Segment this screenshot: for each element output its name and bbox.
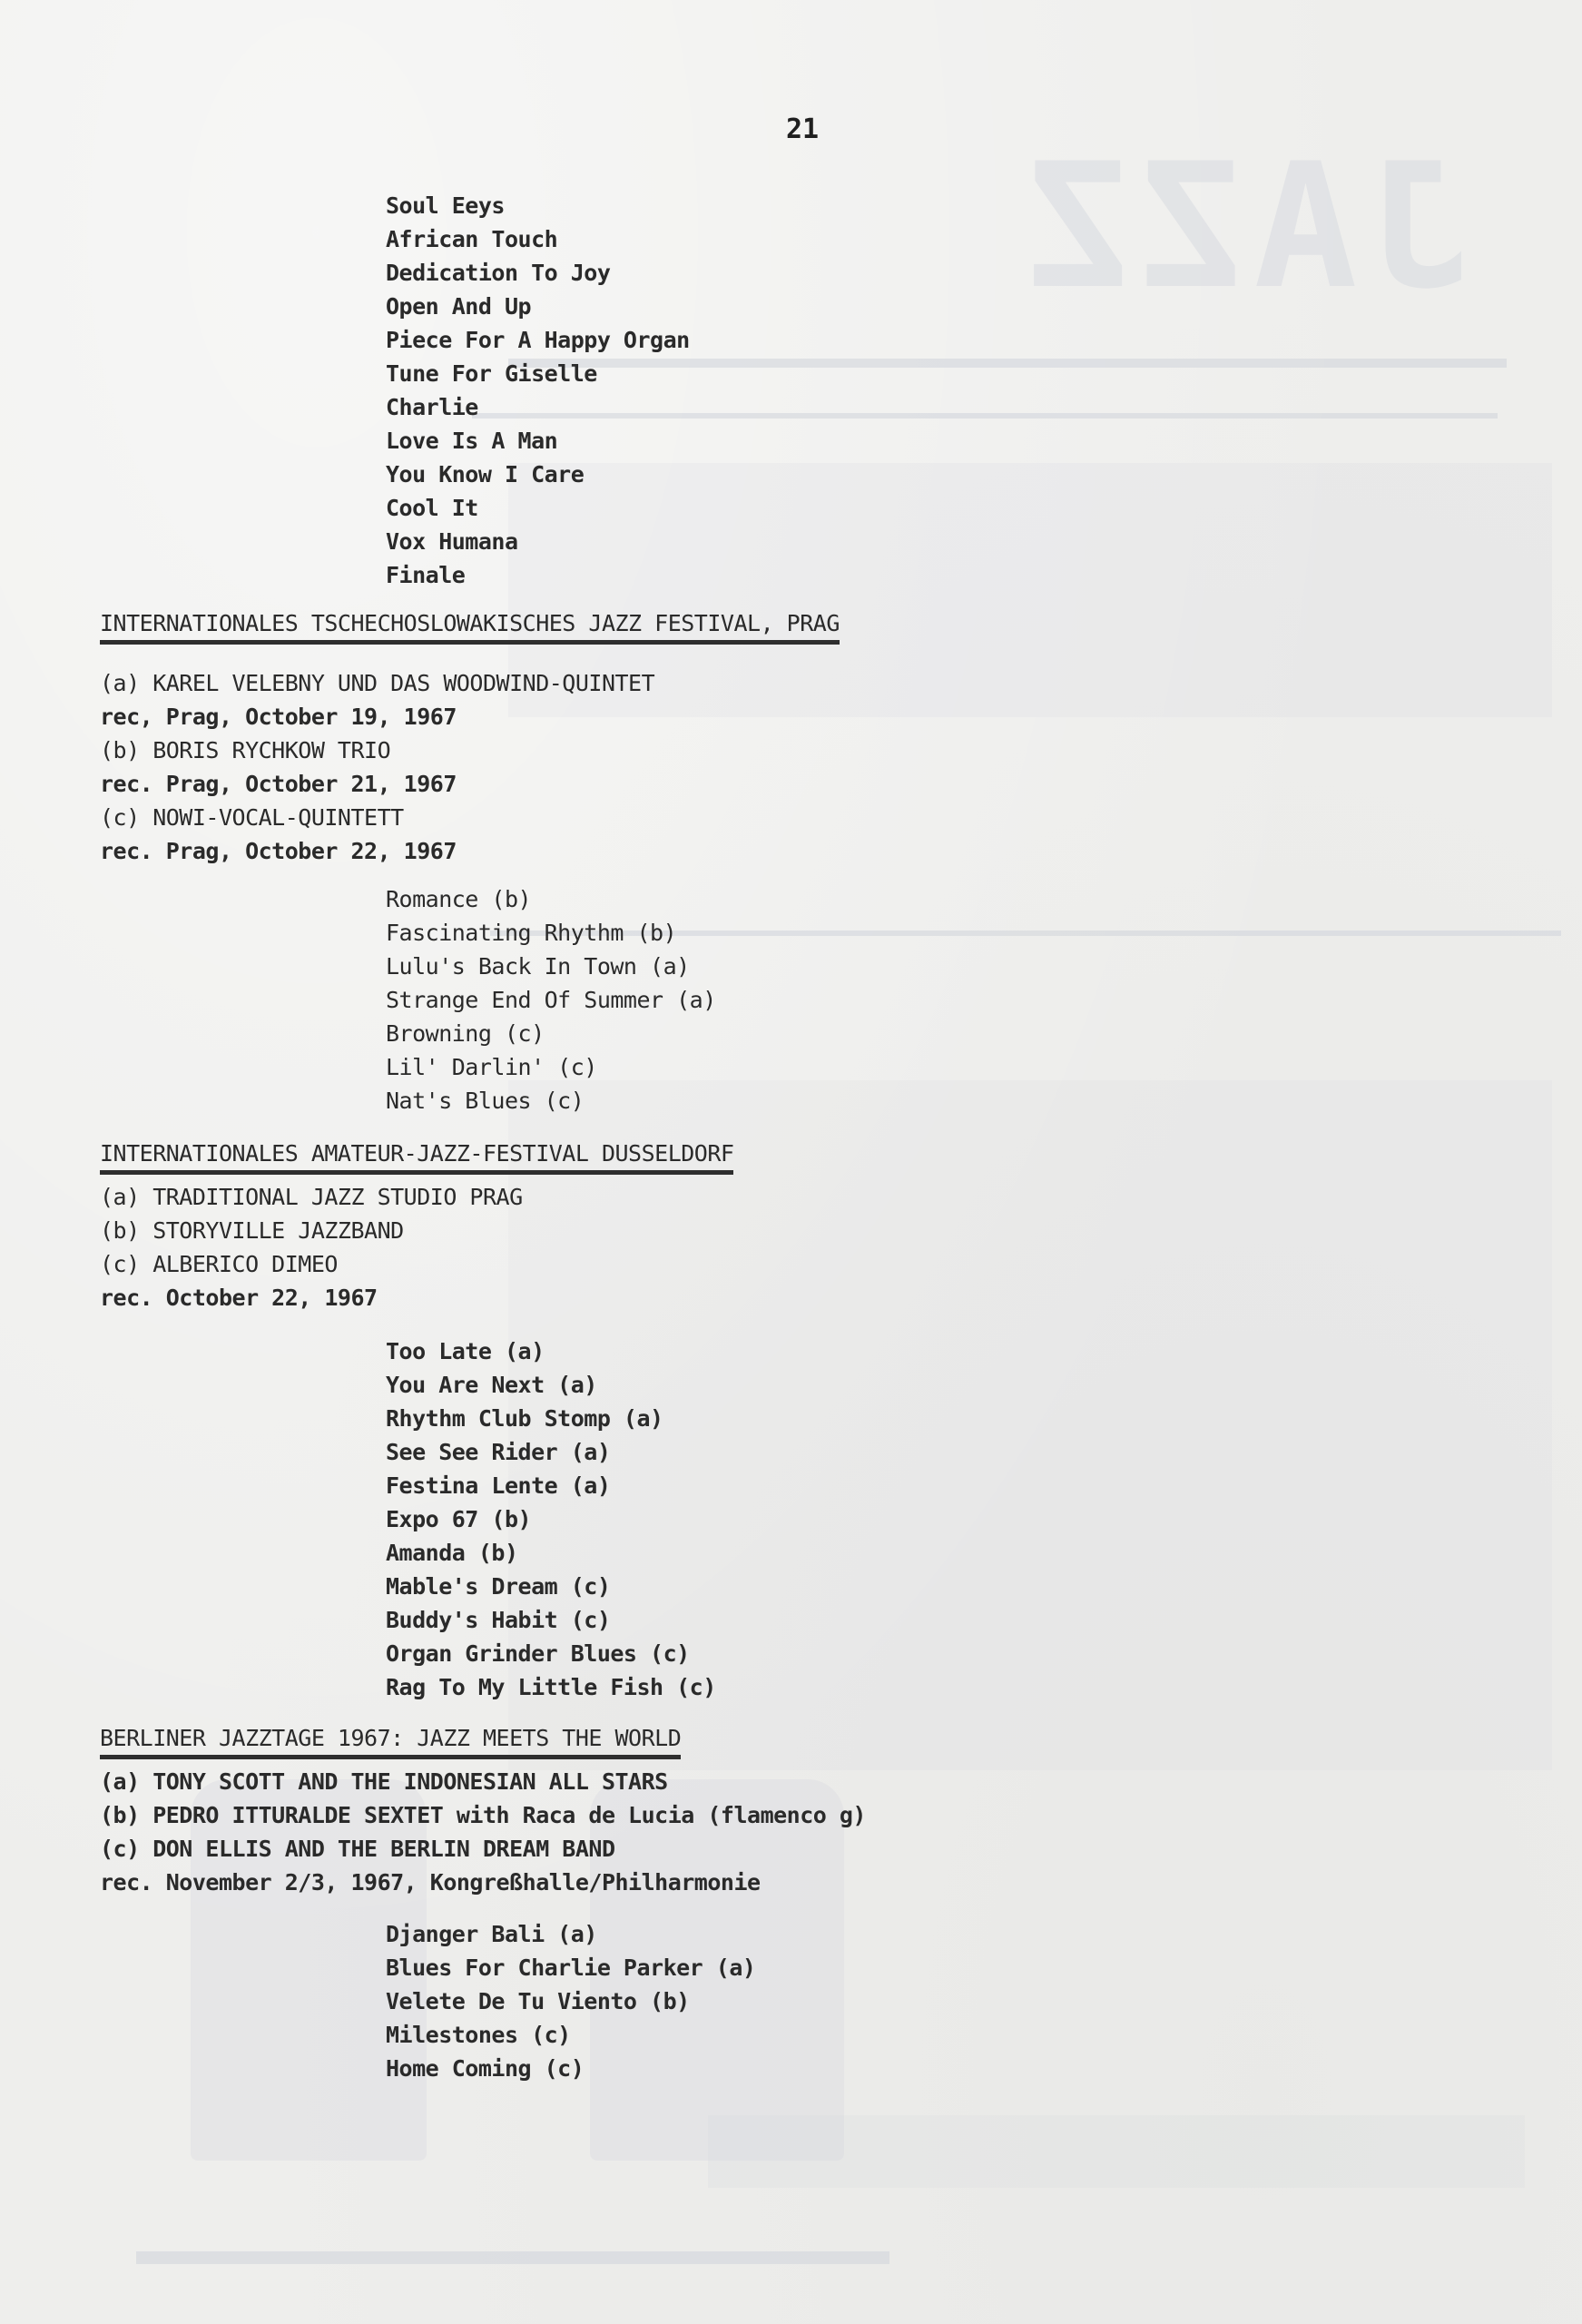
band-line: (c) DON ELLIS AND THE BERLIN DREAM BAND	[100, 1832, 866, 1866]
band-line: (c) NOWI-VOCAL-QUINTETT	[100, 801, 654, 834]
band-line: (a) TRADITIONAL JAZZ STUDIO PRAG	[100, 1180, 523, 1214]
track-item: Amanda (b)	[386, 1536, 716, 1570]
section-heading-berlin: BERLINER JAZZTAGE 1967: JAZZ MEETS THE W…	[100, 1725, 681, 1759]
track-item: Buddy's Habit (c)	[386, 1603, 716, 1637]
track-list-prag: Romance (b) Fascinating Rhythm (b) Lulu'…	[386, 882, 716, 1118]
track-item: Festina Lente (a)	[386, 1469, 716, 1502]
track-item: See See Rider (a)	[386, 1435, 716, 1469]
track-item: Nat's Blues (c)	[386, 1084, 716, 1118]
track-item: Lulu's Back In Town (a)	[386, 950, 716, 983]
track-item: Djanger Bali (a)	[386, 1917, 755, 1951]
track-item: Too Late (a)	[386, 1334, 716, 1368]
track-item: Rhythm Club Stomp (a)	[386, 1402, 716, 1435]
track-item: Charlie	[386, 390, 690, 424]
track-list-duesseldorf: Too Late (a) You Are Next (a) Rhythm Clu…	[386, 1334, 716, 1704]
session-info-prag: (a) KAREL VELEBNY UND DAS WOODWIND-QUINT…	[100, 666, 654, 868]
track-item: Love Is A Man	[386, 424, 690, 458]
track-item: Lil' Darlin' (c)	[386, 1050, 716, 1084]
track-item: Velete De Tu Viento (b)	[386, 1984, 755, 2018]
track-item: Open And Up	[386, 290, 690, 323]
track-item: Rag To My Little Fish (c)	[386, 1670, 716, 1704]
track-list-berlin: Djanger Bali (a) Blues For Charlie Parke…	[386, 1917, 755, 2085]
band-line: (a) TONY SCOTT AND THE INDONESIAN ALL ST…	[100, 1765, 866, 1798]
track-item: African Touch	[386, 222, 690, 256]
band-line: (a) KAREL VELEBNY UND DAS WOODWIND-QUINT…	[100, 666, 654, 700]
page-number: 21	[786, 113, 819, 145]
recording-line: rec. Prag, October 21, 1967	[100, 767, 654, 801]
recording-line: rec. November 2/3, 1967, Kongreßhalle/Ph…	[100, 1866, 866, 1899]
track-item: Browning (c)	[386, 1017, 716, 1050]
reverse-side-rule	[136, 2251, 889, 2264]
recording-line: rec. Prag, October 22, 1967	[100, 834, 654, 868]
track-item: Milestones (c)	[386, 2018, 755, 2052]
track-item: Fascinating Rhythm (b)	[386, 916, 716, 950]
section-heading-prag: INTERNATIONALES TSCHECHOSLOWAKISCHES JAZ…	[100, 610, 840, 645]
track-item: Romance (b)	[386, 882, 716, 916]
track-item: Organ Grinder Blues (c)	[386, 1637, 716, 1670]
band-line: (b) BORIS RYCHKOW TRIO	[100, 734, 654, 767]
session-info-berlin: (a) TONY SCOTT AND THE INDONESIAN ALL ST…	[100, 1765, 866, 1899]
band-line: (b) PEDRO ITTURALDE SEXTET with Raca de …	[100, 1798, 866, 1832]
track-item: Home Coming (c)	[386, 2052, 755, 2085]
track-item: Soul Eeys	[386, 189, 690, 222]
band-line: (c) ALBERICO DIMEO	[100, 1247, 523, 1281]
continued-track-list: Soul Eeys African Touch Dedication To Jo…	[386, 189, 690, 592]
track-item: Vox Humana	[386, 525, 690, 558]
track-item: Finale	[386, 558, 690, 592]
recording-line: rec. October 22, 1967	[100, 1281, 523, 1315]
track-item: Strange End Of Summer (a)	[386, 983, 716, 1017]
track-item: Piece For A Happy Organ	[386, 323, 690, 357]
track-item: Dedication To Joy	[386, 256, 690, 290]
track-item: Expo 67 (b)	[386, 1502, 716, 1536]
track-item: Cool It	[386, 491, 690, 525]
recording-line: rec, Prag, October 19, 1967	[100, 700, 654, 734]
track-item: You Know I Care	[386, 458, 690, 491]
track-item: Tune For Giselle	[386, 357, 690, 390]
reverse-side-text-block	[708, 2115, 1525, 2188]
session-info-duesseldorf: (a) TRADITIONAL JAZZ STUDIO PRAG (b) STO…	[100, 1180, 523, 1315]
reverse-side-showthrough-logo: JAZZ	[163, 136, 1470, 318]
track-item: Blues For Charlie Parker (a)	[386, 1951, 755, 1984]
band-line: (b) STORYVILLE JAZZBAND	[100, 1214, 523, 1247]
track-item: You Are Next (a)	[386, 1368, 716, 1402]
section-heading-duesseldorf: INTERNATIONALES AMATEUR-JAZZ-FESTIVAL DU…	[100, 1140, 733, 1175]
track-item: Mable's Dream (c)	[386, 1570, 716, 1603]
